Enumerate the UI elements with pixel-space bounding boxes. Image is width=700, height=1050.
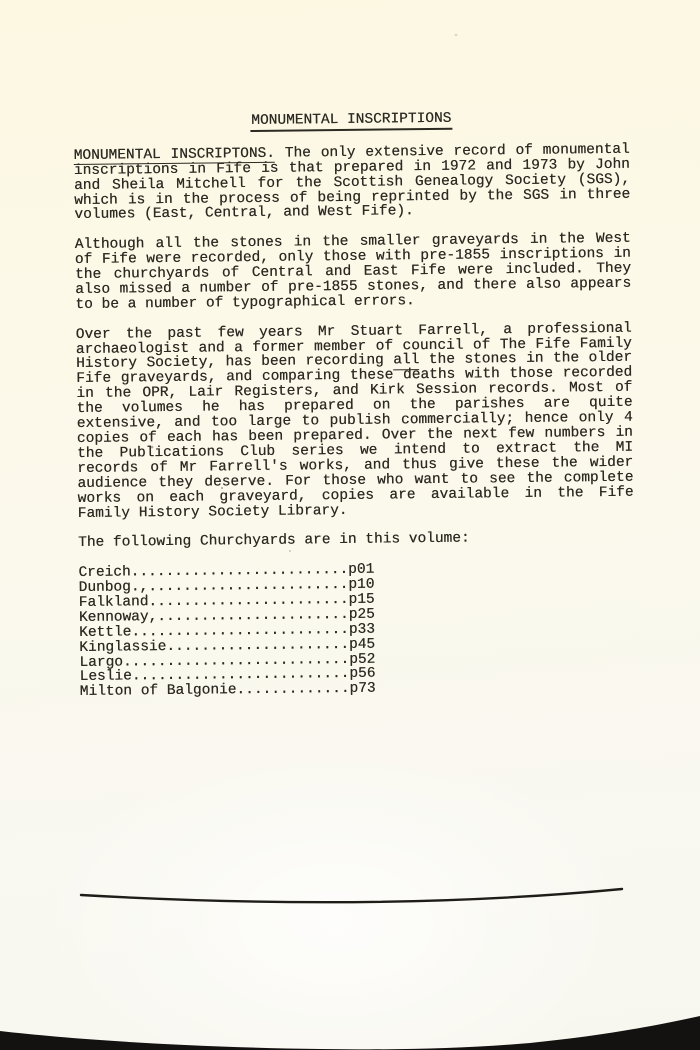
page-title: MONUMENTAL INSCRIPTIONS xyxy=(73,110,629,134)
page-title-text: MONUMENTAL INSCRIPTIONS xyxy=(250,112,452,132)
churchyard-list: Creich.........................p01Dunbog… xyxy=(78,560,635,700)
text-segment: Family History Society Library. xyxy=(78,502,348,521)
scan-edge-shadow xyxy=(0,1016,700,1050)
separator-rule xyxy=(81,889,622,902)
paragraph: MONUMENTAL INSCRIPTONS. The only extensi… xyxy=(74,143,631,224)
typed-text-block: MONUMENTAL INSCRIPTIONS MONUMENTAL INSCR… xyxy=(73,110,636,701)
text-segment: volumes (East, Central, and West Fife). xyxy=(74,204,414,224)
paragraphs: MONUMENTAL INSCRIPTONS. The only extensi… xyxy=(74,143,634,522)
paragraph: Over the past few years Mr Stuart Farrel… xyxy=(76,321,634,521)
scanned-document-page: MONUMENTAL INSCRIPTIONS MONUMENTAL INSCR… xyxy=(0,0,700,1050)
text-segment: to be a number of typographical errors. xyxy=(75,293,415,313)
churchyard-list-intro: The following Churchyards are in this vo… xyxy=(78,530,634,551)
paragraph: Although all the stones in the smaller g… xyxy=(75,232,632,313)
speck xyxy=(455,34,458,37)
